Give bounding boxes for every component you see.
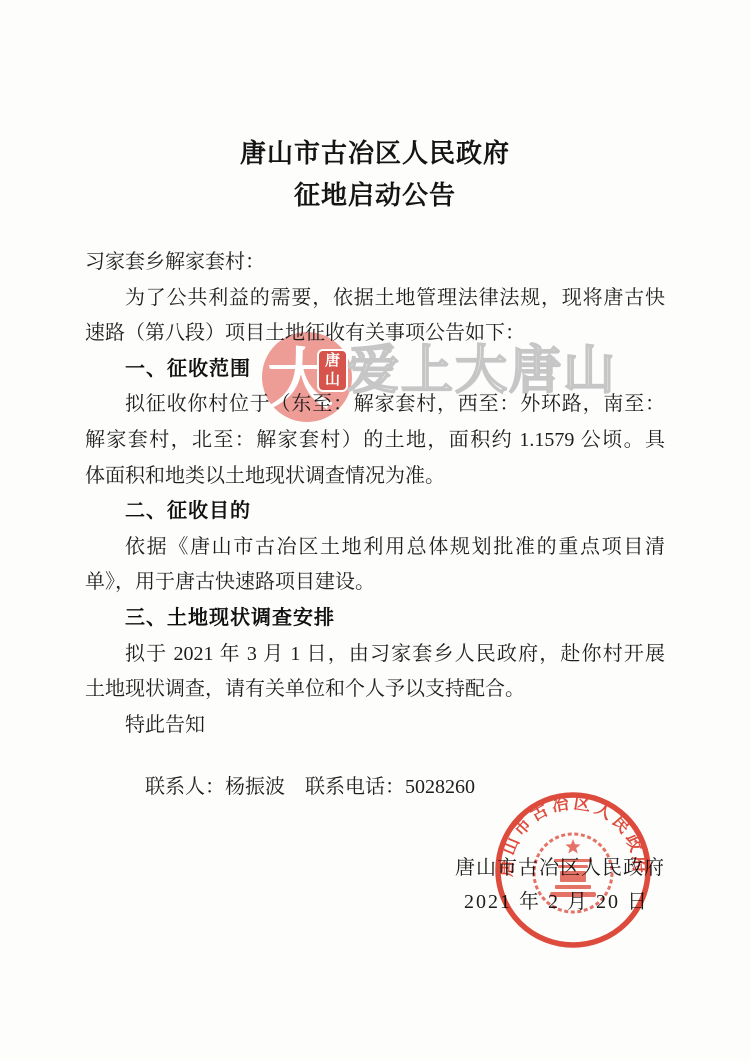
svg-text:唐山市古冶区人民政府: 唐山市古冶区人民政府 [496,792,651,877]
title-line-2: 征地启动公告 [0,175,750,217]
document-page: 大 唐 山 爱上大唐山 唐山市古冶区人民政府 征地启动公告 习家套乡解家套村：为… [0,0,750,1060]
seal-star [565,839,580,854]
seal-arc-text: 唐山市古冶区人民政府 [496,792,651,877]
document-title: 唐山市古冶区人民政府 征地启动公告 [0,133,750,217]
body-line: 依据《唐山市古冶区土地利用总体规划批准的重点项目清 [85,530,665,566]
body-line: 习家套乡解家套村： [85,245,665,281]
body-line: 速路（第八段）项目土地征收有关事项公告如下： [85,316,665,352]
body-line: 解家套村，北至：解家套村）的土地，面积约 1.1579 公顷。具 [85,423,665,459]
body-line: 为了公共利益的需要，依据土地管理法律法规，现将唐古快 [85,281,665,317]
body-line: 体面积和地类以土地现状调查情况为准。 [85,459,665,495]
body-line: 拟于 2021 年 3 月 1 日，由习家套乡人民政府，赴你村开展 [85,637,665,673]
body-line: 一、征收范围 [85,352,665,388]
body-line: 拟征收你村位于（东至：解家套村，西至：外环路，南至： [85,387,665,423]
body-line: 二、征收目的 [85,494,665,530]
official-seal: 唐山市古冶区人民政府 [488,785,658,955]
body-line: 单》，用于唐古快速路项目建设。 [85,565,665,601]
body-line: 特此告知 [85,708,665,744]
body-line: 土地现状调查，请有关单位和个人予以支持配合。 [85,672,665,708]
body-line: 三、土地现状调查安排 [85,601,665,637]
title-line-1: 唐山市古冶区人民政府 [0,133,750,175]
seal-national-emblem [534,834,612,912]
document-body: 习家套乡解家套村：为了公共利益的需要，依据土地管理法律法规，现将唐古快速路（第八… [85,245,665,743]
